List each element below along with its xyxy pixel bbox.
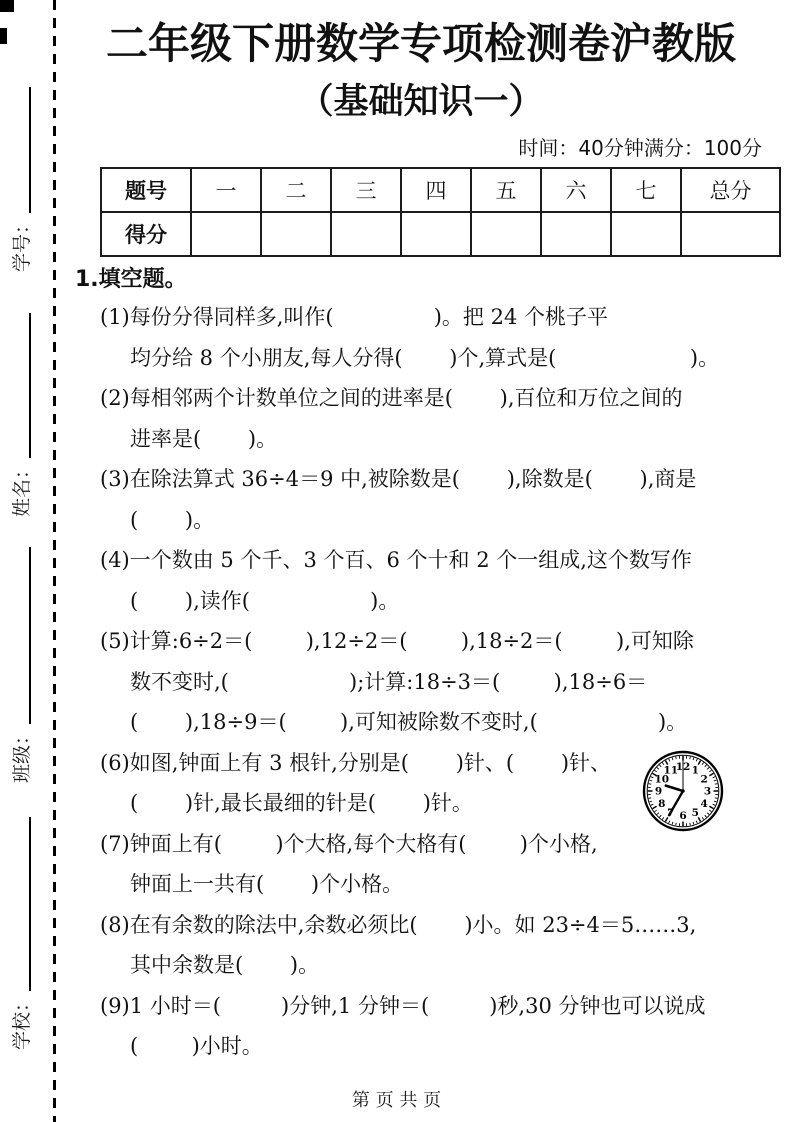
class-field: 班级： <box>8 547 36 783</box>
question-line: ( ),18÷9＝( ),可知被除数不变时,( )。 <box>64 702 778 743</box>
question-line: ( ),读作( )。 <box>64 581 778 622</box>
student-name-field: 姓名： <box>8 313 36 517</box>
score-cell <box>401 212 471 256</box>
student-id-label: 学号： <box>8 215 36 272</box>
score-table-header-row: 题号 一 二 三 四 五 六 七 总分 <box>101 168 780 212</box>
svg-text:6: 6 <box>679 810 686 822</box>
question-line: 钟面上一共有( )个小格。 <box>64 864 778 905</box>
score-cell <box>331 212 401 256</box>
student-name-label: 姓名： <box>8 460 36 517</box>
score-table-header-cell: 二 <box>261 168 331 212</box>
student-name-blank-line <box>29 313 31 458</box>
binding-dashed-line <box>53 0 56 1122</box>
page-subtitle: （基础知识一） <box>64 82 778 122</box>
school-label: 学校： <box>8 993 36 1050</box>
score-table-header-cell: 三 <box>331 168 401 212</box>
svg-text:4: 4 <box>701 798 708 810</box>
score-table-header-cell: 五 <box>471 168 541 212</box>
svg-text:5: 5 <box>692 807 699 819</box>
score-table-header-cell: 题号 <box>101 168 191 212</box>
question-line: 均分给 8 个小朋友,每人分得( )个,算式是( )。 <box>64 338 778 379</box>
school-field: 学校： <box>8 817 36 1050</box>
score-cell <box>191 212 261 256</box>
page-footer: 第 页 共 页 <box>0 1088 793 1114</box>
section-heading: 1.填空题。 <box>64 263 778 297</box>
question-line: ( )。 <box>64 500 778 541</box>
score-table: 题号 一 二 三 四 五 六 七 总分 得分 <box>100 167 781 257</box>
school-blank-line <box>29 817 31 991</box>
svg-text:1: 1 <box>692 764 699 776</box>
svg-text:2: 2 <box>701 773 708 785</box>
scan-artifact <box>0 28 7 44</box>
score-table-header-cell: 一 <box>191 168 261 212</box>
svg-text:3: 3 <box>704 786 711 798</box>
score-table-header-cell: 四 <box>401 168 471 212</box>
score-cell <box>541 212 611 256</box>
class-label: 班级： <box>8 726 36 783</box>
question-line: ( )小时。 <box>64 1026 778 1067</box>
question-line: (5)计算:6÷2＝( ),12÷2＝( ),18÷2＝( ),可知除 <box>64 621 778 662</box>
analog-clock: 123456789101112 <box>641 749 725 833</box>
student-id-field: 学号： <box>8 87 36 272</box>
question-line: (2)每相邻两个计数单位之间的进率是( ),百位和万位之间的 <box>64 378 778 419</box>
question-line: 进率是( )。 <box>64 419 778 460</box>
question-line: (1)每份分得同样多,叫作( )。把 24 个桃子平 <box>64 297 778 338</box>
scan-artifact <box>0 0 14 12</box>
page-title: 二年级下册数学专项检测卷沪教版 <box>64 20 778 68</box>
class-blank-line <box>29 547 31 724</box>
question-line: 其中余数是( )。 <box>64 945 778 986</box>
score-cell <box>471 212 541 256</box>
svg-text:8: 8 <box>658 798 665 810</box>
question-line: (9)1 小时＝( )分钟,1 分钟＝( )秒,30 分钟也可以说成 <box>64 986 778 1027</box>
clock-illustration: 123456789101112 <box>641 749 725 833</box>
score-row-label: 得分 <box>101 212 191 256</box>
question-line: (8)在有余数的除法中,余数必须比( )小。如 23÷4＝5……3, <box>64 905 778 946</box>
score-table-header-cell: 六 <box>541 168 611 212</box>
question-line: 数不变时,( );计算:18÷3＝( ),18÷6＝ <box>64 662 778 703</box>
time-and-score-info: 时间：40分钟满分：100分 <box>64 136 778 160</box>
paper-content: 二年级下册数学专项检测卷沪教版 （基础知识一） 时间：40分钟满分：100分 题… <box>64 0 778 1067</box>
score-cell <box>261 212 331 256</box>
question-line: (3)在除法算式 36÷4＝9 中,被除数是( ),除数是( ),商是 <box>64 459 778 500</box>
score-table-header-cell: 七 <box>611 168 681 212</box>
student-id-blank-line <box>29 87 31 213</box>
score-cell <box>681 212 780 256</box>
question-line: (4)一个数由 5 个千、3 个百、6 个十和 2 个一组成,这个数写作 <box>64 540 778 581</box>
score-table-score-row: 得分 <box>101 212 780 256</box>
score-cell <box>611 212 681 256</box>
test-paper-page: { "page": { "title": "二年级下册数学专项检测卷沪教版", … <box>0 0 793 1122</box>
question-list: (1)每份分得同样多,叫作( )。把 24 个桃子平 均分给 8 个小朋友,每人… <box>64 297 778 1067</box>
score-table-header-cell: 总分 <box>681 168 780 212</box>
svg-text:9: 9 <box>655 786 662 798</box>
